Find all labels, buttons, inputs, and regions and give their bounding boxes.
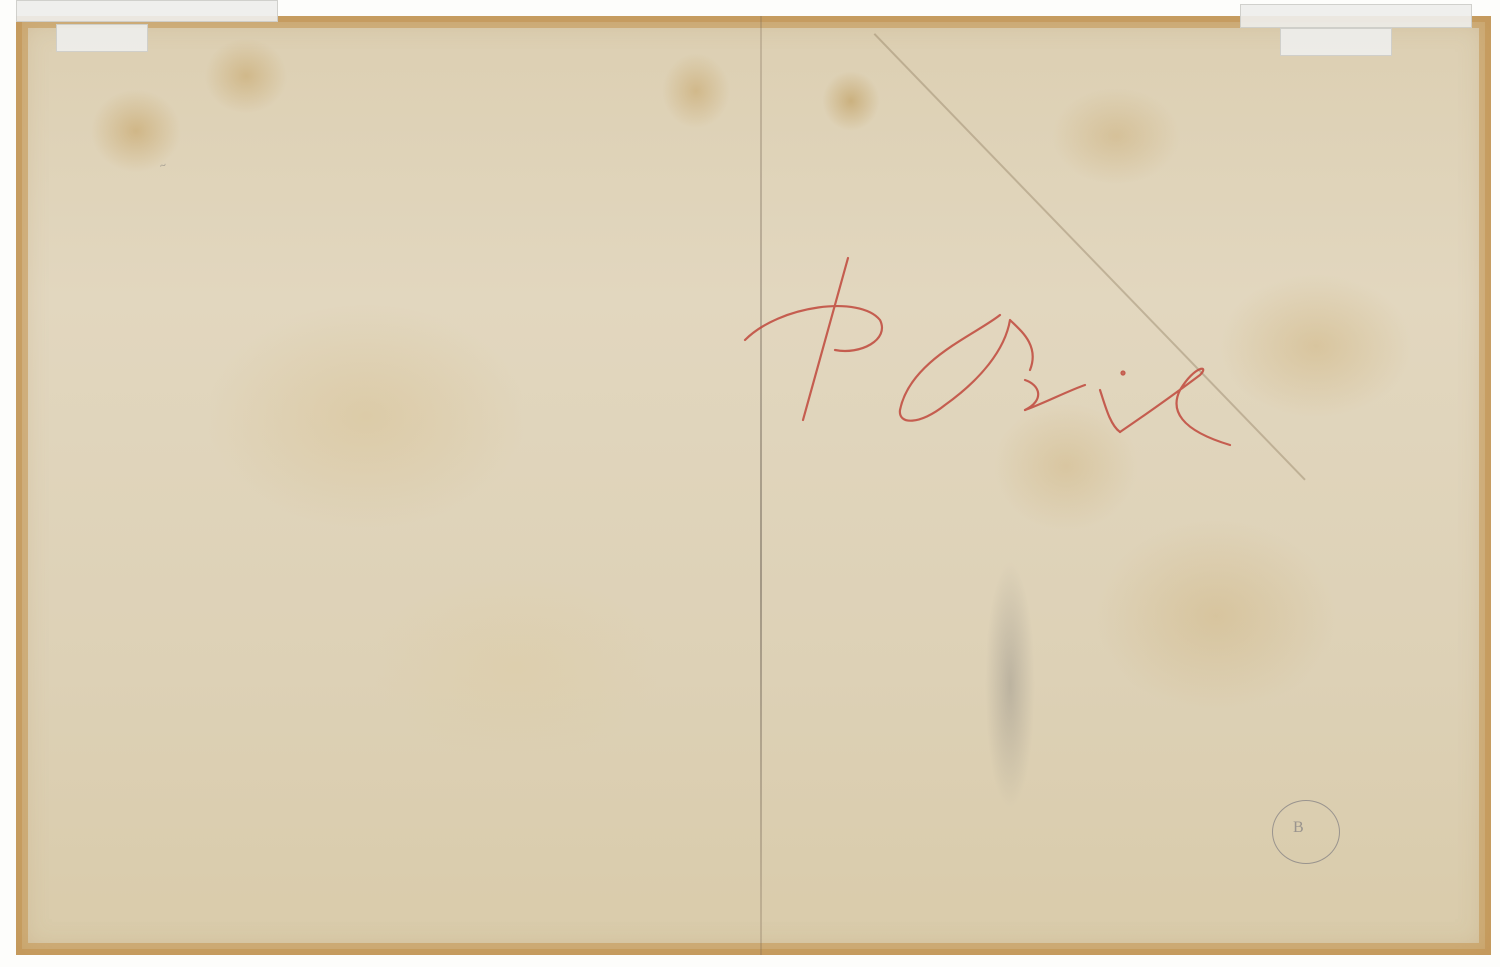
graphite-smudge <box>985 560 1035 810</box>
pencil-circle-letter: B <box>1293 819 1304 837</box>
edge-stain <box>16 16 1491 955</box>
paper-sheet <box>16 16 1491 955</box>
tape-strip-top-left <box>16 0 278 22</box>
tape-tab-top-right <box>1280 28 1392 56</box>
tape-tab-top-left <box>56 24 148 52</box>
red-chalk-inscription: P Bril <box>740 240 1240 460</box>
tape-strip-top-right <box>1240 4 1472 28</box>
vertical-fold <box>760 16 762 955</box>
pencil-circle-mark: B <box>1272 800 1340 864</box>
